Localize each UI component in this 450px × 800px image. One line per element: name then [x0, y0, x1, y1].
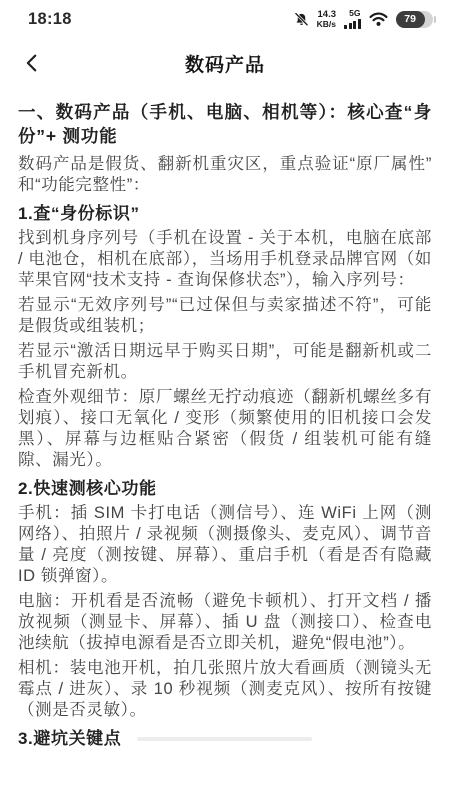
- subsection-heading-3-label: 3.避坑关键点: [18, 728, 121, 750]
- battery-percent: 79: [396, 11, 425, 28]
- subsection-heading-1: 1.查“身份标识”: [18, 203, 432, 225]
- page-title: 数码产品: [0, 50, 450, 77]
- battery-nub: [434, 16, 437, 23]
- paragraph-serial-lookup: 找到机身序列号（手机在设置 - 关于本机，电脑在底部 / 电池仓，相机在底部），…: [18, 228, 432, 291]
- section-heading-1: 一、数码产品（手机、电脑、相机等）：核心查“身份”+ 测功能: [18, 100, 432, 148]
- back-button[interactable]: [14, 45, 50, 81]
- bell-slash-icon: [294, 12, 309, 27]
- network-speed-value: 14.3: [318, 10, 337, 20]
- network-speed-unit: KB/s: [317, 20, 336, 29]
- screen: 18:18 14.3 KB/s 5G: [0, 0, 450, 800]
- chevron-left-icon: [21, 52, 43, 74]
- paragraph-invalid-serial: 若显示“无效序列号”“已过保但与卖家描述不符”，可能是假货或组装机；: [18, 295, 432, 337]
- subsection-heading-2: 2.快速测核心功能: [18, 478, 432, 500]
- status-bar: 18:18 14.3 KB/s 5G: [0, 0, 450, 36]
- article-content[interactable]: 一、数码产品（手机、电脑、相机等）：核心查“身份”+ 测功能 数码产品是假货、翻…: [0, 90, 450, 800]
- network-speed-indicator: 14.3 KB/s: [317, 10, 336, 29]
- divider-line: [137, 737, 312, 741]
- signal-bars-icon: [344, 19, 361, 29]
- paragraph-appearance-check: 检查外观细节：原厂螺丝无拧动痕迹（翻新机螺丝多有划痕）、接口无氧化 / 变形（频…: [18, 387, 432, 471]
- battery-icon: 79: [396, 11, 433, 28]
- paragraph-computer-test: 电脑：开机看是否流畅（避免卡顿机）、打开文档 / 播放视频（测显卡、屏幕）、插 …: [18, 591, 432, 654]
- wifi-icon: [369, 12, 388, 27]
- cellular-signal-icon: 5G: [344, 9, 361, 29]
- paragraph-camera-test: 相机：装电池开机，拍几张照片放大看画质（测镜头无霉点 / 进灰）、录 10 秒视…: [18, 658, 432, 721]
- network-type-label: 5G: [349, 9, 360, 18]
- subsection-heading-3: 3.避坑关键点: [18, 728, 432, 750]
- status-time: 18:18: [28, 10, 72, 29]
- status-icons: 14.3 KB/s 5G 79: [294, 9, 436, 29]
- nav-header: 数码产品: [0, 36, 450, 90]
- paragraph-activation-date: 若显示“激活日期远早于购买日期”，可能是翻新机或二手机冒充新机。: [18, 341, 432, 383]
- paragraph-phone-test: 手机：插 SIM 卡打电话（测信号）、连 WiFi 上网（测网络）、拍照片 / …: [18, 503, 432, 587]
- paragraph-intro: 数码产品是假货、翻新机重灾区，重点验证“原厂属性”和“功能完整性”：: [18, 154, 432, 196]
- battery-indicator: 79: [396, 11, 437, 28]
